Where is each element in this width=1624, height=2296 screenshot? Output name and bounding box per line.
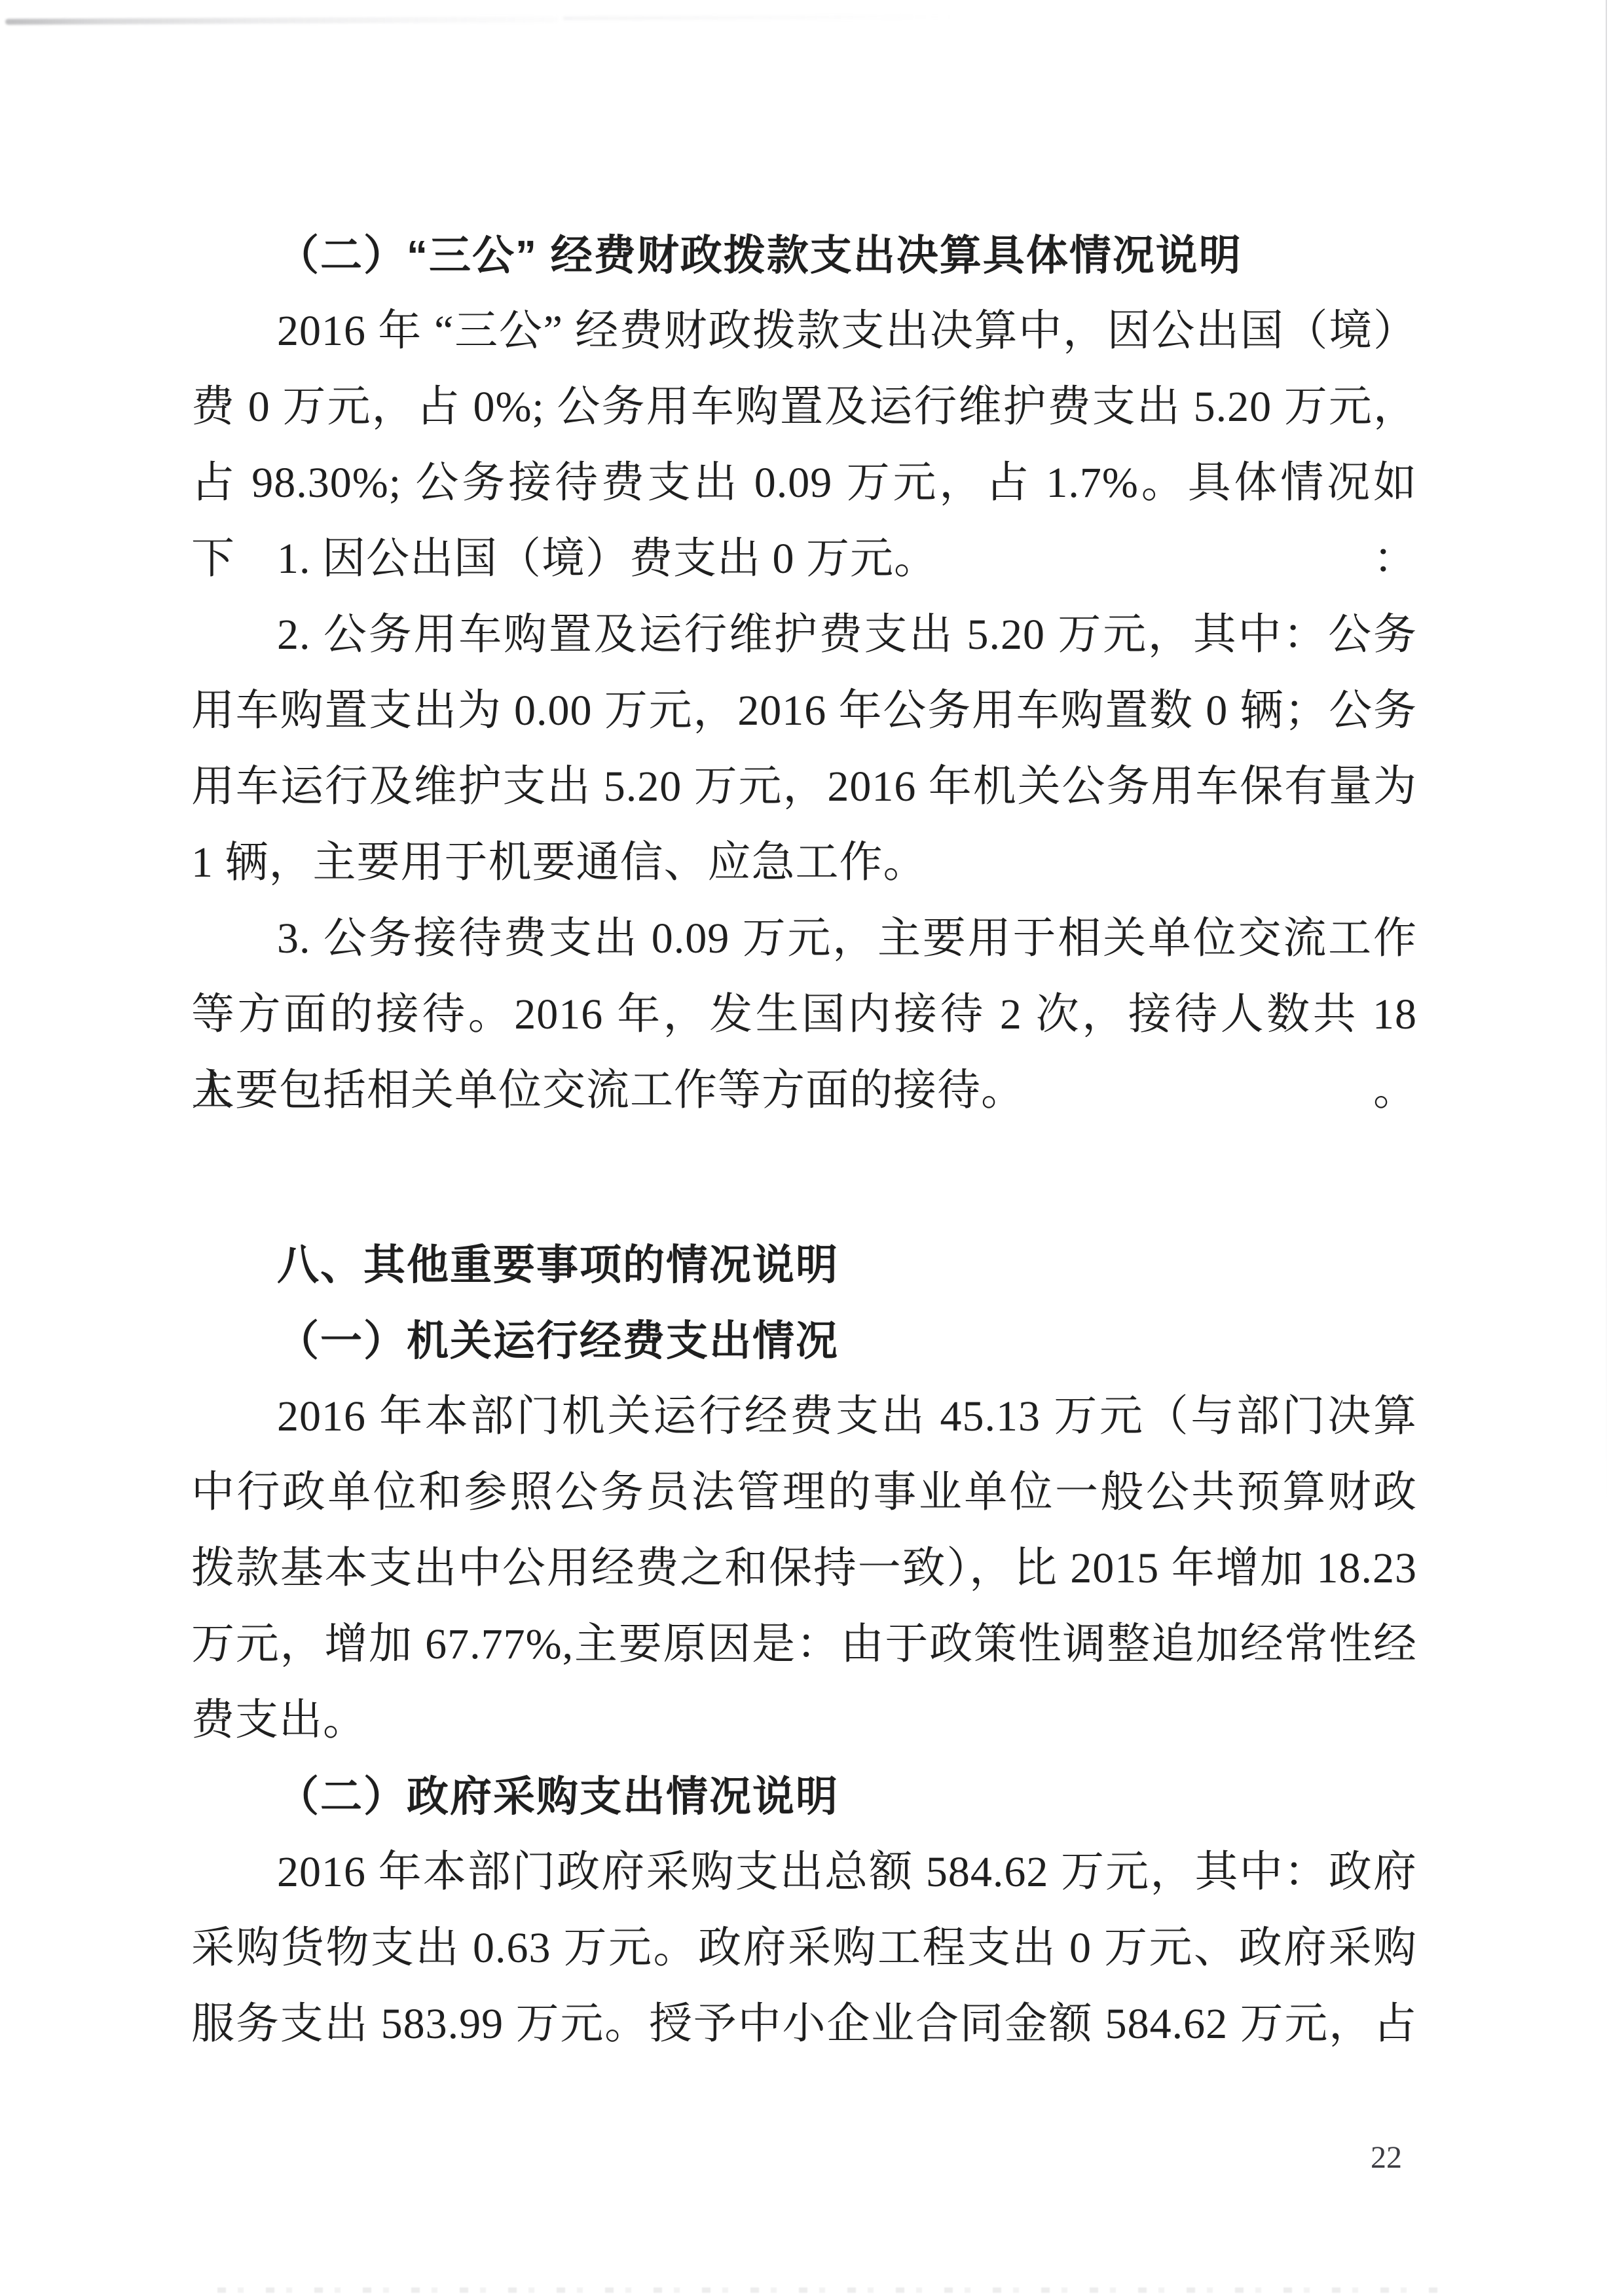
text-line: 八、其他重要事项的情况说明 xyxy=(191,1227,1417,1303)
text-line: （二）“三公” 经费财政拨款支出决算具体情况说明 xyxy=(191,217,1417,293)
page-number: 22 xyxy=(1371,2142,1402,2174)
text-line: 2016 年 “三公” 经费财政拨款支出决算中，因公出国（境） xyxy=(191,293,1417,369)
line-spacer xyxy=(191,1129,1417,1227)
text-line: 费支出。 xyxy=(191,1683,1417,1758)
text-line: 1 辆，主要用于机要通信、应急工作。 xyxy=(191,825,1417,901)
text-line: 等方面的接待。2016 年，发生国内接待 2 次，接待人数共 18 人。 xyxy=(191,977,1417,1053)
text-line: 采购货物支出 0.63 万元。政府采购工程支出 0 万元、政府采购 xyxy=(191,1910,1417,1986)
scan-artifact-top-smudge-tail xyxy=(563,15,956,20)
document-lines: （二）“三公” 经费财政拨款支出决算具体情况说明2016 年 “三公” 经费财政… xyxy=(191,217,1417,2062)
text-line: 2016 年本部门政府采购支出总额 584.62 万元，其中：政府 xyxy=(191,1834,1417,1910)
text-line: 费 0 万元，占 0%; 公务用车购置及运行维护费支出 5.20 万元， xyxy=(191,369,1417,445)
scanned-document-page: （二）“三公” 经费财政拨款支出决算具体情况说明2016 年 “三公” 经费财政… xyxy=(0,0,1624,2296)
text-line: 用车运行及维护支出 5.20 万元，2016 年机关公务用车保有量为 xyxy=(191,749,1417,825)
text-line: （二）政府采购支出情况说明 xyxy=(191,1758,1417,1834)
text-line: 中行政单位和参照公务员法管理的事业单位一般公共预算财政 xyxy=(191,1455,1417,1531)
scan-artifact-right-edge-line xyxy=(1606,0,1607,1506)
text-line: 服务支出 583.99 万元。授予中小企业合同金额 584.62 万元，占 xyxy=(191,1986,1417,2062)
text-line: （一）机关运行经费支出情况 xyxy=(191,1303,1417,1379)
text-line: 占 98.30%; 公务接待费支出 0.09 万元，占 1.7%。具体情况如下： xyxy=(191,445,1417,521)
scan-artifact-top-smudge xyxy=(5,16,559,25)
text-line: 用车购置支出为 0.00 万元，2016 年公务用车购置数 0 辆；公务 xyxy=(191,673,1417,749)
text-line: 2. 公务用车购置及运行维护费支出 5.20 万元，其中：公务 xyxy=(191,597,1417,673)
text-line: 拨款基本支出中公用经费之和保持一致），比 2015 年增加 18.23 xyxy=(191,1531,1417,1607)
scan-artifact-next-page-text-bleed xyxy=(217,2287,1442,2293)
text-line: 万元，增加 67.77%,主要原因是：由于政策性调整追加经常性经 xyxy=(191,1607,1417,1683)
text-line: 3. 公务接待费支出 0.09 万元，主要用于相关单位交流工作 xyxy=(191,901,1417,977)
text-line: 2016 年本部门机关运行经费支出 45.13 万元（与部门决算 xyxy=(191,1379,1417,1455)
